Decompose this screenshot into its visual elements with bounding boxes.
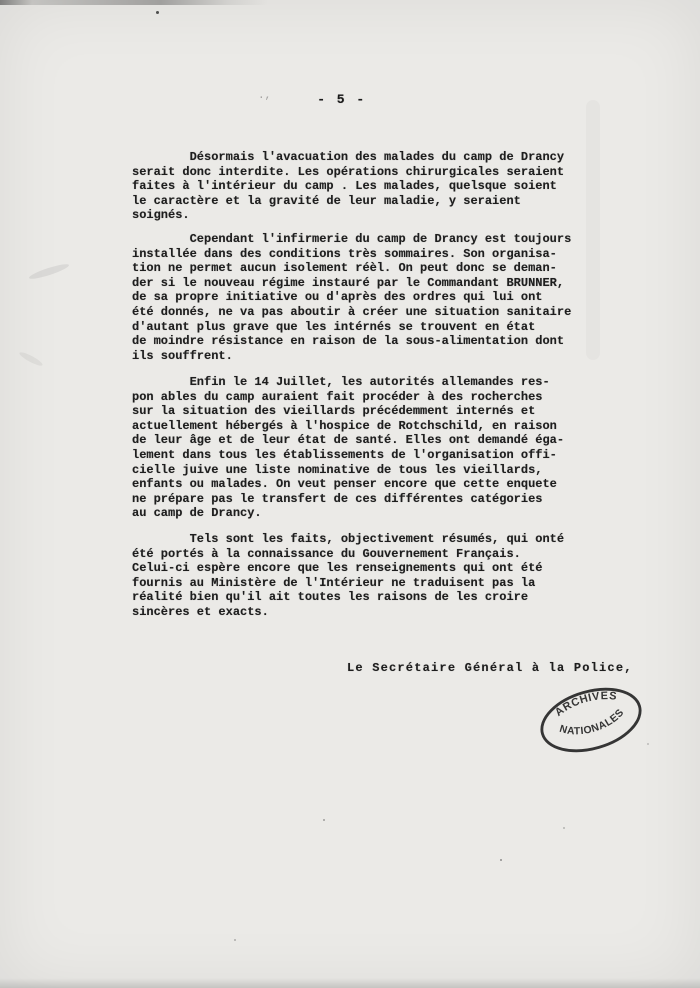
paper-smudge <box>28 262 70 282</box>
faint-margin-mark: ., <box>258 90 271 102</box>
scan-streak <box>586 100 600 360</box>
scan-smudge-top-edge <box>0 0 268 5</box>
paper-speck <box>234 939 236 941</box>
paper-speck <box>647 743 649 745</box>
document-page: .,- 5 - Désormais l'avacuation des malad… <box>0 0 700 988</box>
paragraph-14-juillet: Enfin le 14 Juillet, les autorités allem… <box>132 375 564 521</box>
scan-shadow-bottom-edge <box>0 978 700 988</box>
stamp-border <box>535 679 648 762</box>
paragraph-infirmerie: Cependant l'infirmerie du camp de Drancy… <box>132 232 571 363</box>
paper-smudge <box>18 350 44 368</box>
paragraph-conclusion: Tels sont les faits, objectivement résum… <box>132 532 564 620</box>
paper-speck <box>156 11 159 14</box>
paper-speck <box>323 819 325 821</box>
archives-nationales-stamp: ARCHIVES NATIONALES <box>526 671 656 768</box>
paper-speck <box>500 859 502 861</box>
paper-speck <box>563 827 565 829</box>
page-number: - 5 - <box>317 92 366 107</box>
page-header: .,- 5 - <box>258 90 366 106</box>
signature-line: Le Secrétaire Général à la Police, <box>347 661 633 676</box>
paragraph-evacuation-interdite: Désormais l'avacuation des malades du ca… <box>132 150 564 223</box>
